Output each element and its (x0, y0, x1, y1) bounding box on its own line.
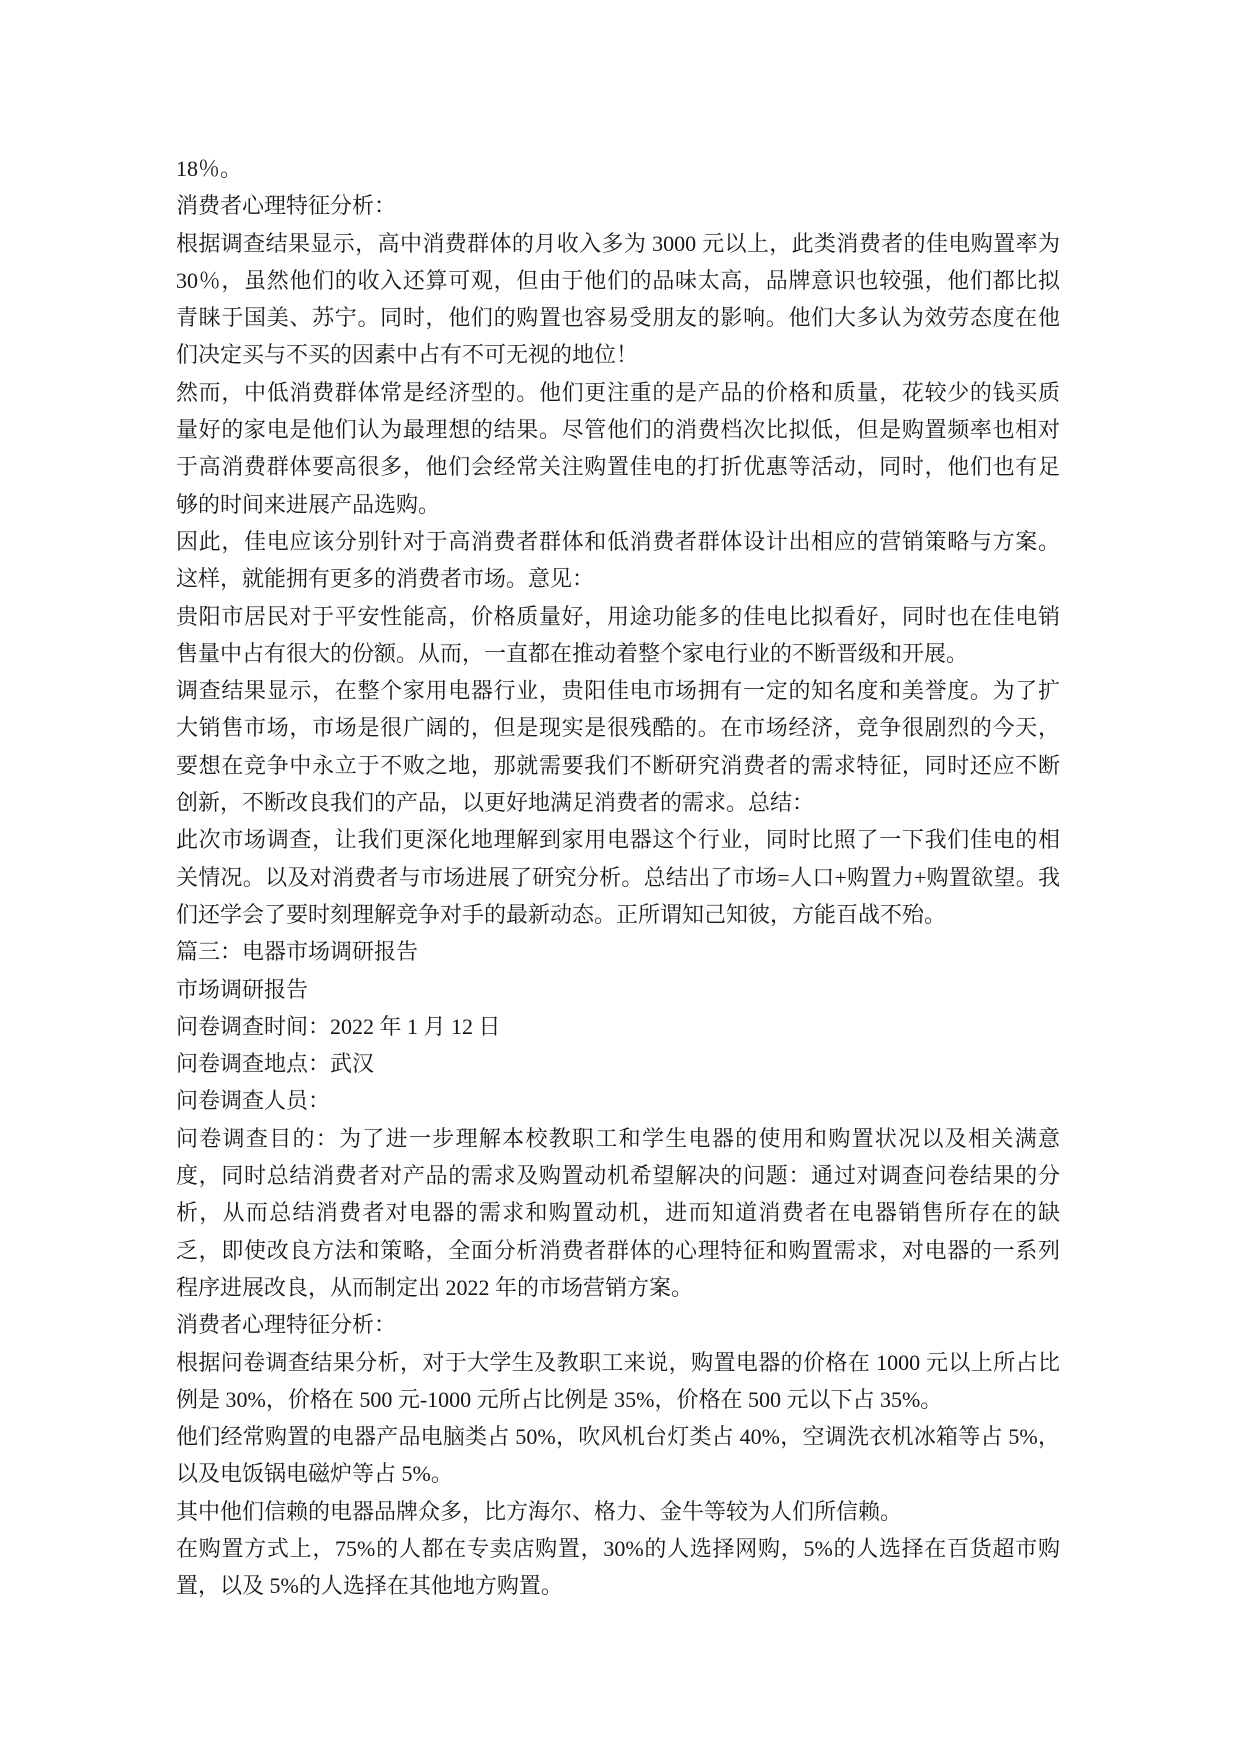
text-line: 根据调查结果显示，高中消费群体的月收入多为 3000 元以上，此类消费者的佳电购… (176, 225, 1060, 262)
text-line: 然而，中低消费群体常是经济型的。他们更注重的是产品的价格和质量，花较少的钱买质 (176, 374, 1060, 411)
text-line: 大销售市场，市场是很广阔的，但是现实是很残酷的。在市场经济，竞争很剧烈的今天， (176, 709, 1060, 746)
text-line: 创新，不断改良我们的产品，以更好地满足消费者的需求。总结： (176, 784, 1060, 821)
text-line: 其中他们信赖的电器品牌众多，比方海尔、格力、金牛等较为人们所信赖。 (176, 1493, 1060, 1530)
text-line: 消费者心理特征分析： (176, 1306, 1060, 1343)
text-line: 调查结果显示，在整个家用电器行业，贵阳佳电市场拥有一定的知名度和美誉度。为了扩 (176, 672, 1060, 709)
document-page: 18％。消费者心理特征分析：根据调查结果显示，高中消费群体的月收入多为 3000… (0, 0, 1240, 1753)
text-line: 以及电饭锅电磁炉等占 5%。 (176, 1455, 1060, 1492)
text-line: 根据问卷调查结果分析，对于大学生及教职工来说，购置电器的价格在 1000 元以上… (176, 1344, 1060, 1381)
text-line: 这样，就能拥有更多的消费者市场。意见： (176, 560, 1060, 597)
text-line: 18％。 (176, 150, 1060, 187)
text-line: 30％，虽然他们的收入还算可观，但由于他们的品味太高，品牌意识也较强，他们都比拟 (176, 262, 1060, 299)
text-line: 于高消费群体要高很多，他们会经常关注购置佳电的打折优惠等活动，同时，他们也有足 (176, 448, 1060, 485)
text-line: 篇三：电器市场调研报告 (176, 933, 1060, 970)
text-line: 在购置方式上，75%的人都在专卖店购置，30%的人选择网购，5%的人选择在百货超… (176, 1530, 1060, 1567)
text-line: 消费者心理特征分析： (176, 187, 1060, 224)
text-line: 够的时间来进展产品选购。 (176, 486, 1060, 523)
text-line: 售量中占有很大的份额。从而，一直都在推动着整个家电行业的不断晋级和开展。 (176, 635, 1060, 672)
text-line: 乏，即使改良方法和策略，全面分析消费者群体的心理特征和购置需求，对电器的一系列 (176, 1232, 1060, 1269)
text-line: 量好的家电是他们认为最理想的结果。尽管他们的消费档次比拟低，但是购置频率也相对 (176, 411, 1060, 448)
text-line: 例是 30%，价格在 500 元-1000 元所占比例是 35%，价格在 500… (176, 1381, 1060, 1418)
text-line: 问卷调查人员： (176, 1082, 1060, 1119)
text-line: 析，从而总结消费者对电器的需求和购置动机，进而知道消费者在电器销售所存在的缺 (176, 1194, 1060, 1231)
text-line: 问卷调查目的：为了进一步理解本校教职工和学生电器的使用和购置状况以及相关满意 (176, 1120, 1060, 1157)
text-line: 贵阳市居民对于平安性能高，价格质量好，用途功能多的佳电比拟看好，同时也在佳电销 (176, 598, 1060, 635)
text-line: 度，同时总结消费者对产品的需求及购置动机希望解决的问题：通过对调查问卷结果的分 (176, 1157, 1060, 1194)
text-line: 问卷调查时间：2022 年 1 月 12 日 (176, 1008, 1060, 1045)
text-line: 要想在竞争中永立于不败之地，那就需要我们不断研究消费者的需求特征，同时还应不断 (176, 747, 1060, 784)
text-line: 青睐于国美、苏宁。同时，他们的购置也容易受朋友的影响。他们大多认为效劳态度在他 (176, 299, 1060, 336)
text-line: 此次市场调查，让我们更深化地理解到家用电器这个行业，同时比照了一下我们佳电的相 (176, 821, 1060, 858)
text-line: 市场调研报告 (176, 971, 1060, 1008)
text-line: 因此，佳电应该分别针对于高消费者群体和低消费者群体设计出相应的营销策略与方案。 (176, 523, 1060, 560)
text-line: 问卷调查地点：武汉 (176, 1045, 1060, 1082)
document-text-block: 18％。消费者心理特征分析：根据调查结果显示，高中消费群体的月收入多为 3000… (176, 150, 1060, 1605)
text-line: 关情况。以及对消费者与市场进展了研究分析。总结出了市场=人口+购置力+购置欲望。… (176, 859, 1060, 896)
text-line: 们还学会了要时刻理解竞争对手的最新动态。正所谓知己知彼，方能百战不殆。 (176, 896, 1060, 933)
text-line: 他们经常购置的电器产品电脑类占 50%，吹风机台灯类占 40%，空调洗衣机冰箱等… (176, 1418, 1060, 1455)
text-line: 置，以及 5%的人选择在其他地方购置。 (176, 1567, 1060, 1604)
text-line: 们决定买与不买的因素中占有不可无视的地位！ (176, 336, 1060, 373)
text-line: 程序进展改良，从而制定出 2022 年的市场营销方案。 (176, 1269, 1060, 1306)
